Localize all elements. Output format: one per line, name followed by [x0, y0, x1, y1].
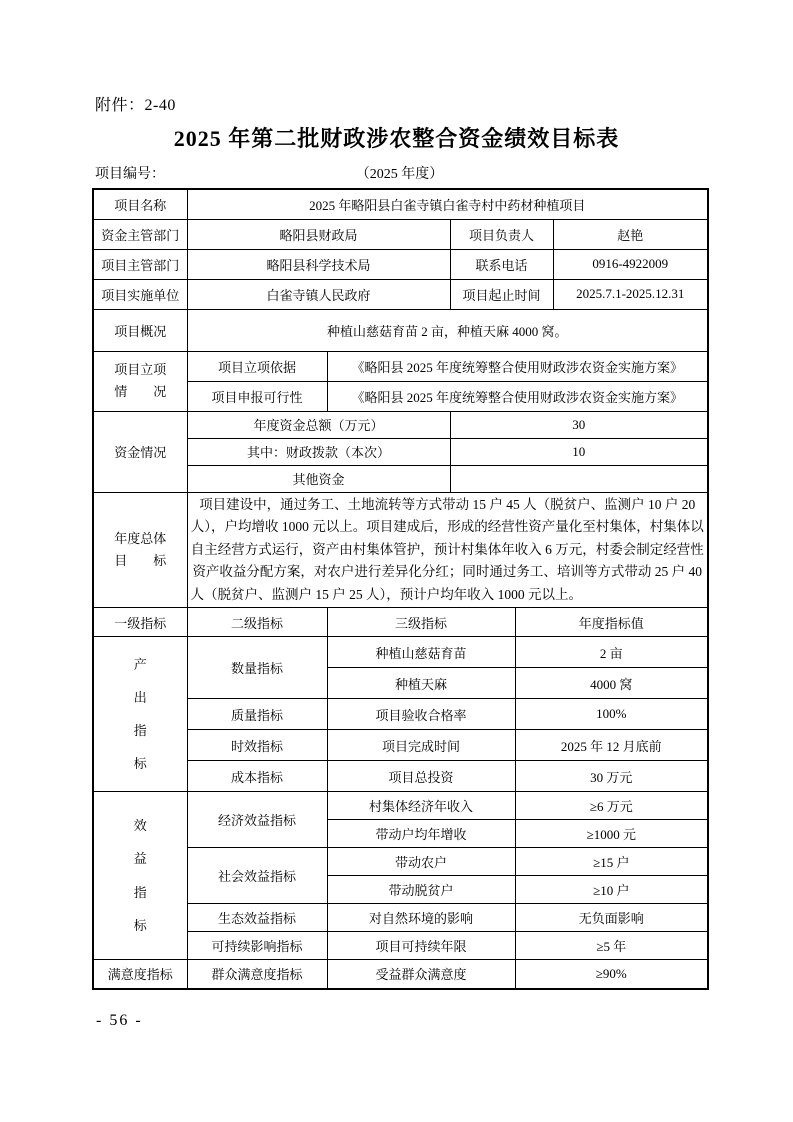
annual-goal-label-cell: 年度总体 目 标 [93, 492, 187, 608]
initiation-label-cell: 项目立项 情 况 [93, 351, 187, 411]
year-label: （2025 年度） [92, 163, 707, 183]
indicator-level3-cell: 带动户均年增收 [327, 820, 515, 848]
table-row: 满意度指标 群众满意度指标 受益群众满意度 ≥90% [93, 960, 708, 989]
indicator-level3-cell: 种植山慈菇育苗 [327, 637, 515, 668]
table-row: 项目立项 情 况 项目立项依据 《略阳县 2025 年度统筹整合使用财政涉农资金… [93, 351, 708, 381]
sustainability-label-cell: 可持续影响指标 [187, 932, 327, 960]
duration-value-cell: 2025.7.1-2025.12.31 [553, 279, 708, 309]
indicator-level3-cell: 村集体经济年收入 [327, 792, 515, 820]
page-number: - 56 - [96, 1012, 143, 1030]
annual-goal-label-line1: 年度总体 [97, 528, 184, 550]
cost-label-cell: 成本指标 [187, 761, 327, 792]
indicator-level3-cell: 带动脱贫户 [327, 876, 515, 904]
implement-unit-label-cell: 项目实施单位 [93, 279, 187, 309]
satisfaction-value-cell: ≥90% [515, 960, 708, 989]
funds-total-value-cell: 30 [450, 411, 708, 438]
meta-row: 项目编号： （2025 年度） [92, 163, 707, 183]
attachment-label: 附件：2-40 [95, 92, 176, 115]
quality-label-cell: 质量指标 [187, 699, 327, 730]
indicator-value-cell: 4000 窝 [515, 668, 708, 699]
satisfaction-level3-cell: 受益群众满意度 [327, 960, 515, 989]
indicator-value-cell: ≥5 年 [515, 932, 708, 960]
document-title: 2025 年第二批财政涉农整合资金绩效目标表 [0, 122, 793, 153]
funds-label-cell: 资金情况 [93, 411, 187, 492]
indicator-value-cell: 100% [515, 699, 708, 730]
indicator-value-cell: 无负面影响 [515, 904, 708, 932]
indicator-level3-cell: 带动农户 [327, 848, 515, 876]
header-value-cell: 年度指标值 [515, 608, 708, 637]
funds-fiscal-value-cell: 10 [450, 438, 708, 465]
fund-dept-label-cell: 资金主管部门 [93, 219, 187, 249]
funds-other-value-cell [450, 465, 708, 492]
indicator-value-cell: ≥10 户 [515, 876, 708, 904]
fund-dept-value-cell: 略阳县财政局 [187, 219, 450, 249]
indicator-level3-cell: 种植天麻 [327, 668, 515, 699]
annual-goal-value-cell: 项目建设中，通过务工、土地流转等方式带动 15 户 45 人（脱贫户、监测户 1… [187, 492, 708, 608]
table-row: 项目概况 种植山慈菇育苗 2 亩，种植天麻 4000 窝。 [93, 309, 708, 351]
table-row: 资金主管部门 略阳县财政局 项目负责人 赵艳 [93, 219, 708, 249]
table-row: 产出指标 数量指标 种植山慈菇育苗 2 亩 [93, 637, 708, 668]
header-level2-cell: 二级指标 [187, 608, 327, 637]
indicator-value-cell: ≥6 万元 [515, 792, 708, 820]
phone-label-cell: 联系电话 [450, 249, 553, 279]
duration-label-cell: 项目起止时间 [450, 279, 553, 309]
initiation-label-line1: 项目立项 [97, 359, 184, 381]
overview-label-cell: 项目概况 [93, 309, 187, 351]
benefit-label-cell: 效益指标 [93, 792, 187, 960]
indicator-header-row: 一级指标 二级指标 三级指标 年度指标值 [93, 608, 708, 637]
leader-label-cell: 项目负责人 [450, 219, 553, 249]
initiation-label-line2: 情 况 [97, 381, 184, 403]
output-label-vertical: 产出指标 [133, 648, 148, 781]
satisfaction-level2-cell: 群众满意度指标 [187, 960, 327, 989]
initiation-basis-label-cell: 项目立项依据 [187, 351, 327, 381]
project-name-label-cell: 项目名称 [93, 189, 187, 219]
indicator-level3-cell: 项目完成时间 [327, 730, 515, 761]
initiation-feasibility-value-cell: 《略阳县 2025 年度统筹整合使用财政涉农资金实施方案》 [327, 381, 708, 411]
implement-unit-value-cell: 白雀寺镇人民政府 [187, 279, 450, 309]
funds-other-label-cell: 其他资金 [187, 465, 450, 492]
indicator-value-cell: 30 万元 [515, 761, 708, 792]
indicator-level3-cell: 对自然环境的影响 [327, 904, 515, 932]
initiation-feasibility-label-cell: 项目申报可行性 [187, 381, 327, 411]
document-page: 附件：2-40 2025 年第二批财政涉农整合资金绩效目标表 项目编号： （20… [0, 0, 793, 1122]
indicator-value-cell: 2025 年 12 月底前 [515, 730, 708, 761]
indicator-value-cell: 2 亩 [515, 637, 708, 668]
indicator-level3-cell: 项目验收合格率 [327, 699, 515, 730]
project-dept-label-cell: 项目主管部门 [93, 249, 187, 279]
indicator-value-cell: ≥1000 元 [515, 820, 708, 848]
leader-value-cell: 赵艳 [553, 219, 708, 249]
benefit-label-vertical: 效益指标 [133, 809, 148, 942]
economic-label-cell: 经济效益指标 [187, 792, 327, 848]
quantity-label-cell: 数量指标 [187, 637, 327, 699]
table-row: 项目名称 2025 年略阳县白雀寺镇白雀寺村中药材种植项目 [93, 189, 708, 219]
satisfaction-level1-cell: 满意度指标 [93, 960, 187, 989]
indicator-level3-cell: 项目可持续年限 [327, 932, 515, 960]
table-row: 项目实施单位 白雀寺镇人民政府 项目起止时间 2025.7.1-2025.12.… [93, 279, 708, 309]
initiation-basis-value-cell: 《略阳县 2025 年度统筹整合使用财政涉农资金实施方案》 [327, 351, 708, 381]
project-dept-value-cell: 略阳县科学技术局 [187, 249, 450, 279]
phone-value-cell: 0916-4922009 [553, 249, 708, 279]
timeliness-label-cell: 时效指标 [187, 730, 327, 761]
project-name-value-cell: 2025 年略阳县白雀寺镇白雀寺村中药材种植项目 [187, 189, 708, 219]
ecological-label-cell: 生态效益指标 [187, 904, 327, 932]
header-level1-cell: 一级指标 [93, 608, 187, 637]
performance-target-table: 项目名称 2025 年略阳县白雀寺镇白雀寺村中药材种植项目 资金主管部门 略阳县… [92, 188, 709, 990]
indicator-value-cell: ≥15 户 [515, 848, 708, 876]
table-row: 项目主管部门 略阳县科学技术局 联系电话 0916-4922009 [93, 249, 708, 279]
header-level3-cell: 三级指标 [327, 608, 515, 637]
social-label-cell: 社会效益指标 [187, 848, 327, 904]
table-row: 年度总体 目 标 项目建设中，通过务工、土地流转等方式带动 15 户 45 人（… [93, 492, 708, 608]
annual-goal-label-line2: 目 标 [97, 550, 184, 572]
funds-total-label-cell: 年度资金总额（万元） [187, 411, 450, 438]
table-row: 资金情况 年度资金总额（万元） 30 [93, 411, 708, 438]
table-row: 效益指标 经济效益指标 村集体经济年收入 ≥6 万元 [93, 792, 708, 820]
indicator-level3-cell: 项目总投资 [327, 761, 515, 792]
output-label-cell: 产出指标 [93, 637, 187, 792]
funds-fiscal-label-cell: 其中：财政拨款（本次） [187, 438, 450, 465]
overview-value-cell: 种植山慈菇育苗 2 亩，种植天麻 4000 窝。 [187, 309, 708, 351]
